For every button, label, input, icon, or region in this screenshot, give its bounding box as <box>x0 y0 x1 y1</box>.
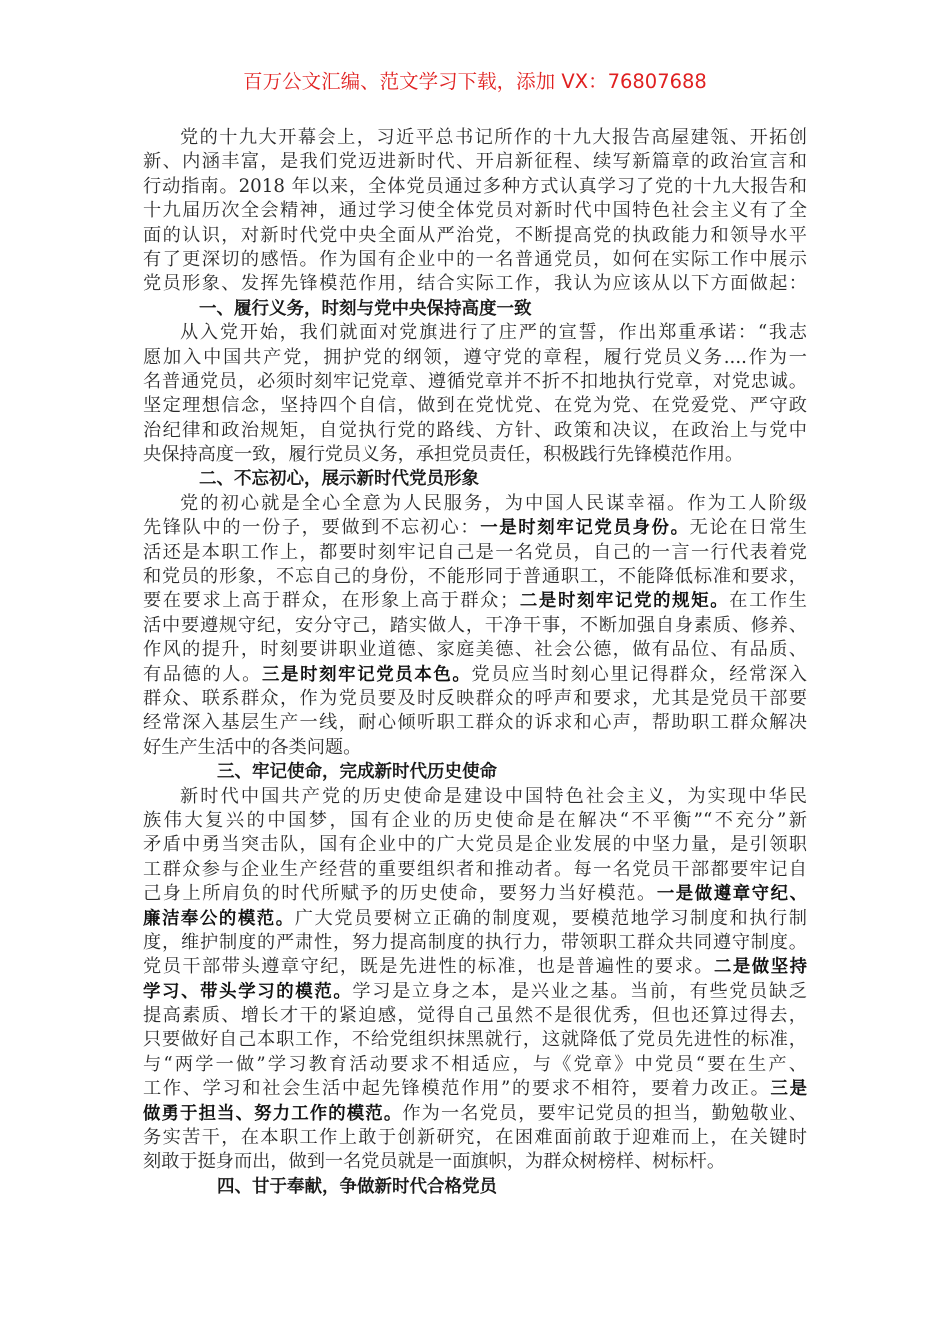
text: 广大党员要树立正确的制度观，要模范地学习制度和执行制 <box>295 908 807 929</box>
emphasis-text: 廉洁奉公的模范。 <box>143 909 295 929</box>
paragraph-line: 央保持高度一致，履行党员义务，承担党员责任，积极践行先锋模范作用。 <box>143 443 807 467</box>
text: 党员干部带头遵章守纪，既是先进性的标准，也是普遍性的要求。 <box>143 956 714 977</box>
emphasis-text: 二是做坚持 <box>714 957 807 977</box>
paragraph-line: 党员形象、发挥先锋模范作用，结合实际工作，我认为应该从以下方面做起： <box>143 272 807 296</box>
paragraph-line: 党的初心就是全心全意为人民服务，为中国人民谋幸福。作为工人阶级 <box>143 492 807 516</box>
paragraph-line: 经常深入基层生产一线，耐心倾听职工群众的诉求和心声，帮助职工群众解决 <box>143 711 807 735</box>
paragraph-line: 新、内涵丰富，是我们党迈进新时代、开启新征程、续写新篇章的政治宣言和 <box>143 150 807 174</box>
watermark-banner: 百万公文汇编、范文学习下载，添加 VX：76807688 <box>0 66 950 94</box>
paragraph-line: 名普通党员，必须时刻牢记党章、遵循党章并不折不扣地执行党章，对党忠诚。 <box>143 370 807 394</box>
paragraph-line: 行动指南。2018 年以来，全体党员通过多种方式认真学习了党的十九大报告和 <box>143 175 807 199</box>
emphasis-text: 一是做遵章守纪、 <box>657 884 807 904</box>
paragraph-line: 新时代中国共产党的历史使命是建设中国特色社会主义，为实现中华民 <box>143 785 807 809</box>
paragraph-line: 廉洁奉公的模范。广大党员要树立正确的制度观，要模范地学习制度和执行制 <box>143 907 807 931</box>
paragraph-line: 务实苦干，在本职工作上敢于创新研究，在困难面前敢于迎难而上，在关键时 <box>143 1126 807 1150</box>
paragraph-line: 活还是本职工作上，都要时刻牢记自己是一名党员，自己的一言一行代表着党 <box>143 541 807 565</box>
paragraph-line: 作风的提升，时刻要讲职业道德、家庭美德、社会公德，做有品位、有品质、 <box>143 638 807 662</box>
section-heading-4: 四、甘于奉献，争做新时代合格党员 <box>143 1175 807 1199</box>
paragraph-line: 提高素质、增长才干的紧迫感，觉得自己虽然不是很优秀，但也还算过得去， <box>143 1004 807 1028</box>
text: 在工作生 <box>729 590 807 611</box>
paragraph-line: 群众、联系群众，作为党员要及时反映群众的呼声和要求，尤其是党员干部要 <box>143 687 807 711</box>
paragraph-line: 十九届历次全会精神，通过学习使全体党员对新时代中国特色社会主义有了全 <box>143 199 807 223</box>
paragraph-line: 度，维护制度的严肃性，努力提高制度的执行力，带领职工群众共同遵守制度。 <box>143 931 807 955</box>
emphasis-text: 学习、带头学习的模范。 <box>143 982 352 1002</box>
paragraph-line: 矛盾中勇当突击队，国有企业中的广大党员是企业发展的中坚力量，是引领职 <box>143 833 807 857</box>
text: 作为一名党员，要牢记党员的担当，勤勉敬业、 <box>402 1103 807 1124</box>
paragraph-line: 工群众参与企业生产经营的重要组织者和推动者。每一名党员干部都要牢记自 <box>143 858 807 882</box>
paragraph-line: 族伟大复兴的中国梦，国有企业的历史使命是在解决“不平衡”“不充分”新 <box>143 809 807 833</box>
emphasis-text: 一是时刻牢记党员身份。 <box>480 518 689 538</box>
paragraph-line: 只要做好自己本职工作，不给党组织抹黑就行，这就降低了党员先进性的标准， <box>143 1028 807 1052</box>
paragraph-line: 先锋队中的一份子，要做到不忘初心：一是时刻牢记党员身份。无论在日常生 <box>143 516 807 540</box>
paragraph-line: 工作、学习和社会生活中起先锋模范作用”的要求不相符，要着力改正。三是 <box>143 1077 807 1101</box>
paragraph-line: 好生产生活中的各类问题。 <box>143 736 807 760</box>
paragraph-line: 和党员的形象，不忘自己的身份，不能形同于普通职工，不能降低标准和要求， <box>143 565 807 589</box>
text: 先锋队中的一份子，要做到不忘初心： <box>143 517 480 538</box>
section-heading-1: 一、履行义务，时刻与党中央保持高度一致 <box>143 297 807 321</box>
emphasis-text: 二是时刻牢记党的规矩。 <box>518 591 729 611</box>
text: 学习是立身之本，是兴业之基。当前，有些党员缺乏 <box>352 981 807 1002</box>
paragraph-line: 要在要求上高于群众，在形象上高于群众；二是时刻牢记党的规矩。在工作生 <box>143 589 807 613</box>
text: 工作、学习和社会生活中起先锋模范作用”的要求不相符，要着力改正。 <box>143 1078 771 1099</box>
text: 要在要求上高于群众，在形象上高于群众； <box>143 590 518 611</box>
paragraph-line: 治纪律和政治规矩，自觉执行党的路线、方针、政策和决议，在政治上与党中 <box>143 419 807 443</box>
text: 党员应当时刻心里记得群众，经常深入 <box>471 664 807 685</box>
paragraph-line: 刻敢于挺身而出，做到一名党员就是一面旗帜，为群众树榜样、树标杆。 <box>143 1150 807 1174</box>
paragraph-line: 党的十九大开幕会上，习近平总书记所作的十九大报告高屋建瓴、开拓创 <box>143 126 807 150</box>
document-body: 党的十九大开幕会上，习近平总书记所作的十九大报告高屋建瓴、开拓创 新、内涵丰富，… <box>143 126 807 1199</box>
paragraph-line: 从入党开始，我们就面对党旗进行了庄严的宣誓，作出郑重承诺：“我志 <box>143 321 807 345</box>
paragraph-line: 学习、带头学习的模范。学习是立身之本，是兴业之基。当前，有些党员缺乏 <box>143 980 807 1004</box>
paragraph-line: 活中要遵规守纪，安分守己，踏实做人，干净干事，不断加强自身素质、修养、 <box>143 614 807 638</box>
paragraph-line: 有品德的人。三是时刻牢记党员本色。党员应当时刻心里记得群众，经常深入 <box>143 663 807 687</box>
paragraph-line: 坚定理想信念，坚持四个自信，做到在党忧党、在党为党、在党爱党、严守政 <box>143 394 807 418</box>
paragraph-line: 与“两学一做”学习教育活动要求不相适应，与《党章》中党员“要在生产、 <box>143 1053 807 1077</box>
text: 有品德的人。 <box>143 664 262 685</box>
paragraph-line: 做勇于担当、努力工作的模范。作为一名党员，要牢记党员的担当，勤勉敬业、 <box>143 1102 807 1126</box>
paragraph-line: 有了更深切的感悟。作为国有企业中的一名普通党员，如何在实际工作中展示 <box>143 248 807 272</box>
paragraph-line: 党员干部带头遵章守纪，既是先进性的标准，也是普遍性的要求。二是做坚持 <box>143 955 807 979</box>
section-heading-3: 三、牢记使命，完成新时代历史使命 <box>143 760 807 784</box>
emphasis-text: 三是时刻牢记党员本色。 <box>262 665 471 685</box>
emphasis-text: 做勇于担当、努力工作的模范。 <box>143 1104 402 1124</box>
text: 己身上所肩负的时代所赋予的历史使命，要努力当好模范。 <box>143 883 657 904</box>
section-heading-2: 二、不忘初心，展示新时代党员形象 <box>143 467 807 491</box>
text: 无论在日常生 <box>690 517 807 538</box>
paragraph-line: 愿加入中国共产党，拥护党的纲领，遵守党的章程，履行党员义务....作为一 <box>143 346 807 370</box>
paragraph-line: 己身上所肩负的时代所赋予的历史使命，要努力当好模范。一是做遵章守纪、 <box>143 882 807 906</box>
paragraph-line: 面的认识，对新时代党中央全面从严治党，不断提高党的执政能力和领导水平 <box>143 224 807 248</box>
emphasis-text: 三是 <box>771 1079 807 1099</box>
